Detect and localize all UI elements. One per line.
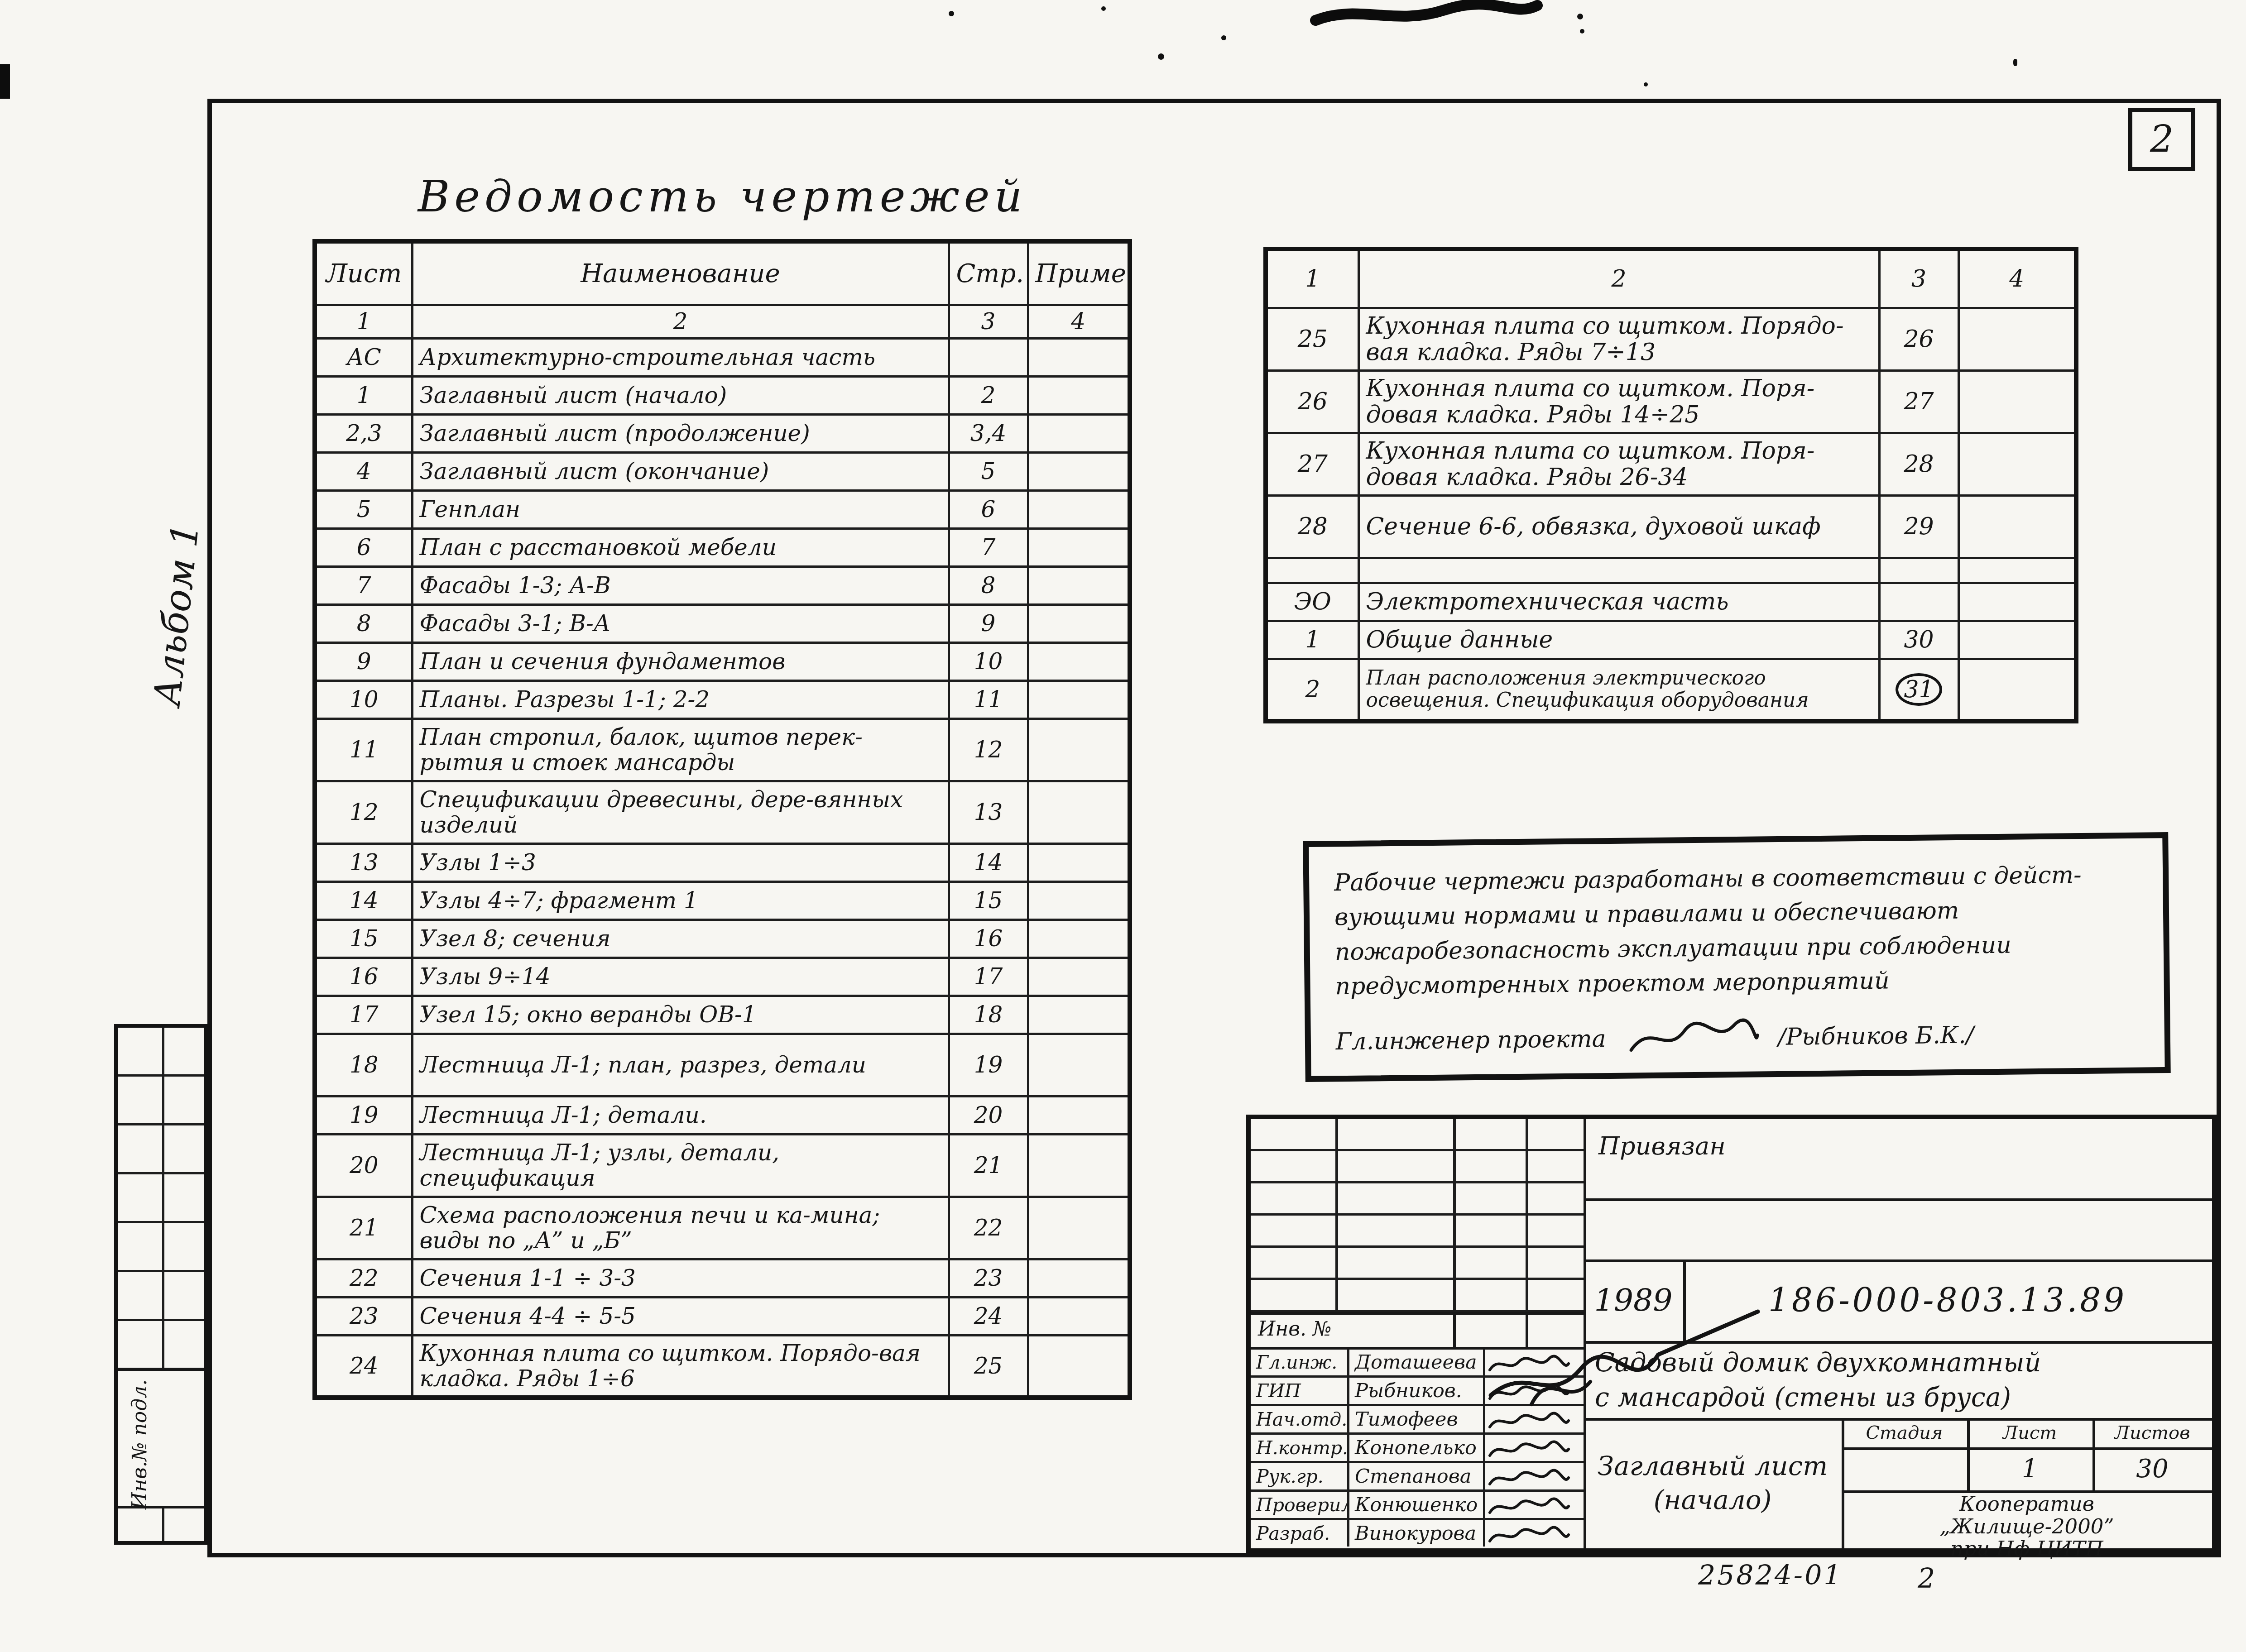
table-row: 5 Генплан 6 <box>315 490 1130 528</box>
organization: Кооператив „Жилище-2000” при Нф ЦИТП <box>1842 1493 2212 1560</box>
table-row: 23 Сечения 4-4 ÷ 5-5 24 <box>315 1297 1130 1335</box>
note-cell <box>1028 1034 1130 1096</box>
name-cell: Лестница Л-1; детали. <box>412 1096 949 1134</box>
name-cell: Фасады 3-1; В-А <box>412 604 949 642</box>
page-cell <box>1879 583 1958 621</box>
name-cell: Планы. Разрезы 1-1; 2-2 <box>412 680 949 718</box>
note-cell <box>1028 528 1130 566</box>
footer-sheet-number: 2 <box>1918 1563 1935 1595</box>
page-cell: 18 <box>949 996 1028 1034</box>
table-row: 2,3 Заглавный лист (продолжение) 3,4 <box>315 414 1130 452</box>
divider-line <box>1453 1312 1456 1347</box>
page-cell: 27 <box>1879 370 1958 433</box>
column-header-name: Наименование <box>412 241 949 305</box>
scanned-drawing-sheet: 2 Альбом 1 Инв.№ подл. Ведомость чертеже… <box>0 0 2246 1652</box>
page-number-box: 2 <box>2128 108 2195 171</box>
column-number: 4 <box>1028 305 1130 338</box>
page-cell: 9 <box>949 604 1028 642</box>
name-cell: Кухонная плита со щитком. Поря-довая кла… <box>1358 370 1879 433</box>
sheets-total-header: Листов <box>2092 1418 2212 1447</box>
sheets-total-value: 30 <box>2092 1447 2212 1490</box>
binding-note: Привязан <box>1598 1132 1726 1160</box>
name-cell <box>1358 558 1879 583</box>
sheet-value: 1 <box>1967 1447 2092 1490</box>
sheet-cell: 11 <box>315 718 412 781</box>
signer-name: Степанова <box>1349 1463 1485 1489</box>
signature-icon <box>1485 1437 1571 1461</box>
album-vertical-label: Альбом 1 <box>142 486 211 743</box>
divider-line <box>1584 1198 2212 1201</box>
name-cell: Спецификации древесины, дере-вянных изде… <box>412 781 949 843</box>
name-cell: Кухонная плита со щитком. Поря-довая кла… <box>1358 433 1879 495</box>
sheet-cell: 20 <box>315 1134 412 1197</box>
page-value: 21 <box>974 1152 1003 1178</box>
name-cell: Заглавный лист (окончание) <box>412 452 949 490</box>
note-cell <box>1028 642 1130 680</box>
sheet-title-line: (начало) <box>1654 1483 1772 1517</box>
sheet-cell: 2 <box>1266 659 1358 721</box>
table-row: 18 Лестница Л-1; план, разрез, детали 19 <box>315 1034 1130 1096</box>
page-value: 17 <box>974 963 1003 990</box>
name-cell: План стропил, балок, щитов перек-рытия и… <box>412 718 949 781</box>
sheet-cell: 28 <box>1266 495 1358 558</box>
note-cell <box>1028 919 1130 958</box>
signature-icon <box>1477 1300 1767 1413</box>
page-cell: 2 <box>949 376 1028 414</box>
note-cell <box>1958 558 2076 583</box>
page-title: Ведомость чертежей <box>312 171 1132 222</box>
page-cell: 22 <box>949 1197 1028 1259</box>
sheet-cell: 9 <box>315 642 412 680</box>
signer-name: Доташеева <box>1349 1349 1485 1375</box>
scan-artifact <box>1221 35 1226 40</box>
sheet-cell: 12 <box>315 781 412 843</box>
note-cell <box>1028 781 1130 843</box>
note-signer-role: Гл.инженер проекта <box>1336 1022 1607 1059</box>
title-block: Инв. № Гл.инж. Доташеева ГИП Рыбников. Н… <box>1246 1115 2217 1553</box>
page-cell: 21 <box>949 1134 1028 1197</box>
signer-name: Конопелько <box>1349 1435 1485 1461</box>
sheet-cell: 17 <box>315 996 412 1034</box>
organization-line: Кооператив <box>1842 1493 2212 1515</box>
name-cell: Заглавный лист (начало) <box>412 376 949 414</box>
note-cell <box>1028 1096 1130 1134</box>
divider-line <box>118 1368 204 1371</box>
page-value: 6 <box>981 496 996 522</box>
signer-role: Разраб. <box>1251 1520 1349 1547</box>
note-cell <box>1028 996 1130 1034</box>
sheet-title-line: Заглавный лист <box>1598 1449 1828 1483</box>
note-cell <box>1958 308 2076 370</box>
table-row: 20 Лестница Л-1; узлы, детали, специфика… <box>315 1134 1130 1197</box>
page-cell: 16 <box>949 919 1028 958</box>
page-value: 29 <box>1904 513 1934 540</box>
page-cell: 23 <box>949 1259 1028 1297</box>
page-cell: 13 <box>949 781 1028 843</box>
sheet-cell: 1 <box>315 376 412 414</box>
sheet-cell: 22 <box>315 1259 412 1297</box>
name-cell: Узел 8; сечения <box>412 919 949 958</box>
column-number: 2 <box>1358 249 1879 308</box>
scan-artifact <box>1158 53 1164 60</box>
page-value: 3,4 <box>970 420 1007 446</box>
inventory-vertical-label: Инв.№ подл. <box>128 1372 151 1517</box>
table-row: 19 Лестница Л-1; детали. 20 <box>315 1096 1130 1134</box>
page-cell: 11 <box>949 680 1028 718</box>
page-value: 19 <box>974 1052 1003 1078</box>
note-cell <box>1028 1297 1130 1335</box>
table-header-row: Лист Наименование Стр. Примеч. <box>315 241 1130 305</box>
scan-artifact <box>949 11 954 16</box>
name-cell: Кухонная плита со щитком. Порядо-вая кла… <box>412 1335 949 1398</box>
page-cell: 14 <box>949 843 1028 881</box>
sheet-cell: 16 <box>315 958 412 996</box>
page-cell: 24 <box>949 1297 1028 1335</box>
page-value: 9 <box>981 610 996 637</box>
column-number: 4 <box>1958 249 2076 308</box>
note-cell <box>1028 566 1130 604</box>
page-value: 26 <box>1904 326 1934 353</box>
page-cell: 30 <box>1879 621 1958 659</box>
page-value: 10 <box>974 648 1003 675</box>
page-cell: 28 <box>1879 433 1958 495</box>
note-cell <box>1028 338 1130 376</box>
page-value: 18 <box>974 1001 1003 1028</box>
page-value: 24 <box>974 1303 1003 1329</box>
note-cell <box>1028 604 1130 642</box>
page-cell: 7 <box>949 528 1028 566</box>
page-cell: 25 <box>949 1335 1028 1398</box>
note-cell <box>1028 376 1130 414</box>
note-cell <box>1028 958 1130 996</box>
note-cell <box>1028 1197 1130 1259</box>
note-cell <box>1958 370 2076 433</box>
name-cell: Фасады 1-3; А-В <box>412 566 949 604</box>
page-cell: 17 <box>949 958 1028 996</box>
column-header-page: Стр. <box>949 241 1028 305</box>
signature-icon <box>1624 1017 1760 1059</box>
signer-name: Тимофеев <box>1349 1406 1485 1432</box>
document-code-footer: 25824-01 <box>1698 1560 1843 1591</box>
page-value: 25 <box>974 1353 1003 1379</box>
sheet-cell: 8 <box>315 604 412 642</box>
sheet-cell: 15 <box>315 919 412 958</box>
table-row: 1 Общие данные 30 <box>1266 621 2076 659</box>
name-cell: План и сечения фундаментов <box>412 642 949 680</box>
name-cell: Заглавный лист (продолжение) <box>412 414 949 452</box>
page-value: 7 <box>981 534 996 560</box>
table-row: 15 Узел 8; сечения 16 <box>315 919 1130 958</box>
stage-header: Стадия <box>1842 1418 1967 1447</box>
page-value: 5 <box>981 458 996 484</box>
note-cell <box>1028 1335 1130 1398</box>
sheet-cell: 1 <box>1266 621 1358 659</box>
name-cell: Узел 15; окно веранды ОВ-1 <box>412 996 949 1034</box>
page-cell: 26 <box>1879 308 1958 370</box>
table-row <box>1266 558 2076 583</box>
scan-artifact <box>1580 29 1584 34</box>
page-value: 23 <box>974 1265 1003 1291</box>
sheet-cell: 27 <box>1266 433 1358 495</box>
inventory-number-label: Инв. № <box>1258 1317 1332 1341</box>
note-cell <box>1028 490 1130 528</box>
name-cell: Архитектурно-строительная часть <box>412 338 949 376</box>
note-cell <box>1958 659 2076 721</box>
note-cell <box>1028 1134 1130 1197</box>
table-row: 13 Узлы 1÷3 14 <box>315 843 1130 881</box>
table-row: 21 Схема расположения печи и ка-мина; ви… <box>315 1197 1130 1259</box>
table-row: 16 Узлы 9÷14 17 <box>315 958 1130 996</box>
sheet-cell: 24 <box>315 1335 412 1398</box>
table-row: ЭО Электротехническая часть <box>1266 583 2076 621</box>
note-cell <box>1958 621 2076 659</box>
name-cell: Лестница Л-1; план, разрез, детали <box>412 1034 949 1096</box>
signer-name: Винокурова <box>1349 1520 1485 1547</box>
page-value: 11 <box>974 686 1003 713</box>
scan-artifact <box>1309 0 1544 32</box>
signer-role: Рук.гр. <box>1251 1463 1349 1489</box>
page-cell <box>1879 558 1958 583</box>
sheet-cell: 21 <box>315 1197 412 1259</box>
sheet-cell: 5 <box>315 490 412 528</box>
signature-row: Н.контр. Конопелько <box>1251 1435 1584 1463</box>
sheet-cell: 23 <box>315 1297 412 1335</box>
name-cell: Генплан <box>412 490 949 528</box>
sheet-cell: 19 <box>315 1096 412 1134</box>
signature-row: Рук.гр. Степанова <box>1251 1463 1584 1492</box>
table-row: 11 План стропил, балок, щитов перек-рыти… <box>315 718 1130 781</box>
table-row: 2 План расположения электрического освещ… <box>1266 659 2076 721</box>
table-row: АС Архитектурно-строительная часть <box>315 338 1130 376</box>
table-row: 12 Спецификации древесины, дере-вянных и… <box>315 781 1130 843</box>
page-cell: 29 <box>1879 495 1958 558</box>
note-cell <box>1028 1259 1130 1297</box>
sheet-cell: 25 <box>1266 308 1358 370</box>
column-number: 2 <box>412 305 949 338</box>
sheet-cell: АС <box>315 338 412 376</box>
page-value: 27 <box>1904 388 1934 415</box>
drawing-list-table-right: 1 2 3 4 25 Кухонная плита со щитком. Пор… <box>1263 247 2078 723</box>
stage-value <box>1842 1447 1967 1490</box>
page-value: 2 <box>981 382 996 408</box>
organization-line: „Жилище-2000” <box>1842 1515 2212 1538</box>
name-cell: Кухонная плита со щитком. Порядо-вая кла… <box>1358 308 1879 370</box>
page-value: 16 <box>974 925 1003 952</box>
column-number: 3 <box>1879 249 1958 308</box>
sheet-cell: 6 <box>315 528 412 566</box>
page-cell: 10 <box>949 642 1028 680</box>
name-cell: План с расстановкой мебели <box>412 528 949 566</box>
column-number-row: 1 2 3 4 <box>315 305 1130 338</box>
page-value: 22 <box>974 1215 1003 1241</box>
sheet-title: Заглавный лист (начало) <box>1584 1418 1842 1548</box>
table-row: 9 План и сечения фундаментов 10 <box>315 642 1130 680</box>
page-number: 2 <box>2150 118 2174 161</box>
column-number-row: 1 2 3 4 <box>1266 249 2076 308</box>
table-row: 10 Планы. Разрезы 1-1; 2-2 11 <box>315 680 1130 718</box>
name-cell: Электротехническая часть <box>1358 583 1879 621</box>
column-header-note: Примеч. <box>1028 241 1130 305</box>
name-cell: Узлы 1÷3 <box>412 843 949 881</box>
column-number: 3 <box>949 305 1028 338</box>
page-value: 30 <box>1904 626 1934 653</box>
table-row: 25 Кухонная плита со щитком. Порядо-вая … <box>1266 308 2076 370</box>
page-cell: 3,4 <box>949 414 1028 452</box>
name-cell: Общие данные <box>1358 621 1879 659</box>
signer-role: Проверил <box>1251 1492 1349 1518</box>
sheet-cell: 4 <box>315 452 412 490</box>
note-cell <box>1028 680 1130 718</box>
note-cell <box>1028 881 1130 919</box>
signature-icon <box>1485 1494 1571 1518</box>
name-cell: Сечения 1-1 ÷ 3-3 <box>412 1259 949 1297</box>
signer-role: Гл.инж. <box>1251 1349 1349 1375</box>
sheet-cell: 7 <box>315 566 412 604</box>
organization-line: при Нф ЦИТП <box>1842 1537 2212 1560</box>
page-cell: 8 <box>949 566 1028 604</box>
column-header-sheet: Лист <box>315 241 412 305</box>
table-row: 14 Узлы 4÷7; фрагмент 1 15 <box>315 881 1130 919</box>
table-row: 8 Фасады 3-1; В-А 9 <box>315 604 1130 642</box>
note-signer-name: /Рыбников Б.К./ <box>1778 1018 1974 1054</box>
sheet-cell: 14 <box>315 881 412 919</box>
sheet-cell: 2,3 <box>315 414 412 452</box>
note-cell <box>1028 452 1130 490</box>
signer-name: Рыбников. <box>1349 1378 1485 1404</box>
table-row: 1 Заглавный лист (начало) 2 <box>315 376 1130 414</box>
revision-grid <box>1251 1119 1584 1312</box>
name-cell: Узлы 4÷7; фрагмент 1 <box>412 881 949 919</box>
signature-icon <box>1485 1523 1571 1547</box>
name-cell: Сечения 4-4 ÷ 5-5 <box>412 1297 949 1335</box>
page-cell: 31 <box>1879 659 1958 721</box>
sheet-cell <box>1266 558 1358 583</box>
sheet-cell: 18 <box>315 1034 412 1096</box>
name-cell: Узлы 9÷14 <box>412 958 949 996</box>
table-row: 4 Заглавный лист (окончание) 5 <box>315 452 1130 490</box>
table-row: 22 Сечения 1-1 ÷ 3-3 23 <box>315 1259 1130 1297</box>
scan-artifact <box>1644 82 1648 86</box>
note-cell <box>1958 433 2076 495</box>
note-cell <box>1958 495 2076 558</box>
signer-role: Н.контр. <box>1251 1435 1349 1461</box>
scan-artifact <box>1101 6 1106 11</box>
page-value: 15 <box>974 887 1003 914</box>
name-cell: План расположения электрического освещен… <box>1358 659 1879 721</box>
page-value: 8 <box>981 572 996 599</box>
signature-row: Разраб. Винокурова <box>1251 1520 1584 1547</box>
sheet-cell: 10 <box>315 680 412 718</box>
signature-row: Проверил Конюшенко <box>1251 1492 1584 1520</box>
page-cell: 6 <box>949 490 1028 528</box>
column-number: 1 <box>315 305 412 338</box>
signer-role: Нач.отд. <box>1251 1406 1349 1432</box>
compliance-note-box: Рабочие чертежи разработаны в соответств… <box>1303 832 2170 1082</box>
page-value: 28 <box>1904 450 1934 478</box>
table-row: 27 Кухонная плита со щитком. Поря-довая … <box>1266 433 2076 495</box>
page-cell: 5 <box>949 452 1028 490</box>
page-value: 13 <box>974 799 1003 825</box>
name-cell: Лестница Л-1; узлы, детали, спецификация <box>412 1134 949 1197</box>
scan-artifact <box>2013 59 2017 66</box>
sheet-cell: 26 <box>1266 370 1358 433</box>
drawing-list-table-left: Лист Наименование Стр. Примеч. 1 2 3 4 А… <box>312 239 1132 1400</box>
page-cell: 20 <box>949 1096 1028 1134</box>
table-row: 28 Сечение 6-6, обвязка, духовой шкаф 29 <box>1266 495 2076 558</box>
sheet-header: Лист <box>1967 1418 2092 1447</box>
note-cell <box>1958 583 2076 621</box>
page-cell <box>949 338 1028 376</box>
scan-artifact <box>1577 14 1583 19</box>
table-row: 24 Кухонная плита со щитком. Порядо-вая … <box>315 1335 1130 1398</box>
signature-icon <box>1485 1466 1571 1489</box>
page-cell: 15 <box>949 881 1028 919</box>
sheet-cell: ЭО <box>1266 583 1358 621</box>
table-row: 26 Кухонная плита со щитком. Поря-довая … <box>1266 370 2076 433</box>
page-cell: 19 <box>949 1034 1028 1096</box>
name-cell: Сечение 6-6, обвязка, духовой шкаф <box>1358 495 1879 558</box>
signer-name: Конюшенко <box>1349 1492 1485 1518</box>
table-row: 17 Узел 15; окно веранды ОВ-1 18 <box>315 996 1130 1034</box>
note-cell <box>1028 843 1130 881</box>
page-value: 14 <box>974 849 1003 876</box>
scan-artifact <box>0 64 10 99</box>
page-cell: 12 <box>949 718 1028 781</box>
page-value: 12 <box>974 737 1003 763</box>
table-row: 6 План с расстановкой мебели 7 <box>315 528 1130 566</box>
column-number: 1 <box>1266 249 1358 308</box>
page-value: 31 <box>1896 673 1942 706</box>
name-cell: Схема расположения печи и ка-мина; виды … <box>412 1197 949 1259</box>
table-row: 7 Фасады 1-3; А-В 8 <box>315 566 1130 604</box>
note-cell <box>1028 414 1130 452</box>
note-cell <box>1028 718 1130 781</box>
signer-role: ГИП <box>1251 1378 1349 1404</box>
page-value: 20 <box>974 1102 1003 1128</box>
sheet-cell: 13 <box>315 843 412 881</box>
